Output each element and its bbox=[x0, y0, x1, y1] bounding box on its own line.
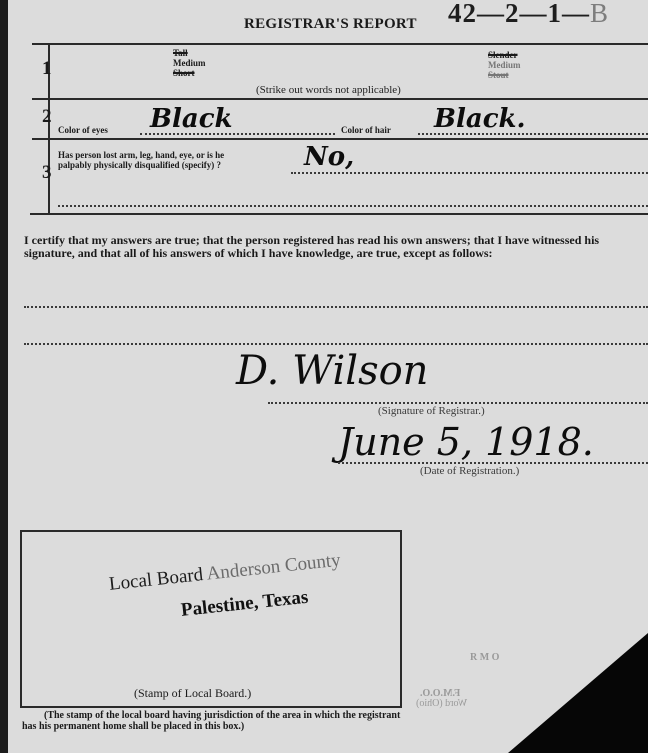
row-number-3: 3 bbox=[42, 162, 52, 184]
row2-top-rule bbox=[32, 98, 648, 100]
disability-question: Has person lost arm, leg, hand, eye, or … bbox=[58, 150, 224, 170]
signature-caption: (Signature of Registrar.) bbox=[378, 405, 485, 417]
build-option-stout: Stout bbox=[488, 70, 521, 80]
height-option-short: Short bbox=[173, 68, 206, 78]
row1-top-rule bbox=[32, 43, 648, 45]
registrar-signature: D. Wilson bbox=[236, 348, 428, 394]
scan-left-edge bbox=[0, 0, 8, 753]
height-option-tall: Tall bbox=[173, 48, 206, 58]
disability-field-line bbox=[291, 172, 648, 174]
registration-date: June 5, 1918. bbox=[338, 420, 594, 464]
hair-value: Black. bbox=[434, 104, 526, 134]
exceptions-line-1 bbox=[24, 306, 648, 308]
stamp-caption: (Stamp of Local Board.) bbox=[134, 686, 251, 701]
serial-number-dark: 42—2—1— bbox=[448, 0, 590, 28]
build-option-medium: Medium bbox=[488, 60, 521, 70]
registration-card: REGISTRAR'S REPORT 42—2—1—B 1 Tall Mediu… bbox=[8, 0, 648, 753]
row-number-1: 1 bbox=[42, 58, 52, 80]
serial-number: 42—2—1—B bbox=[448, 0, 609, 29]
disability-field-line-2 bbox=[58, 205, 648, 207]
certification-text: I certify that my answers are true; that… bbox=[24, 234, 648, 260]
disability-question-line2: palpably physically disqualified (specif… bbox=[58, 160, 224, 170]
signature-line bbox=[268, 402, 648, 404]
row3-top-rule bbox=[32, 138, 648, 140]
hair-label: Color of hair bbox=[341, 125, 391, 135]
clipped-corner bbox=[508, 633, 648, 753]
eyes-value: Black bbox=[150, 104, 233, 134]
height-options: Tall Medium Short bbox=[173, 48, 206, 78]
serial-number-faint: B bbox=[590, 0, 609, 28]
page-title: REGISTRAR'S REPORT bbox=[244, 16, 417, 33]
bleed-through-1: R M O bbox=[470, 652, 499, 663]
local-board-stamp-box bbox=[20, 530, 402, 708]
row-number-2: 2 bbox=[42, 106, 52, 128]
bleed-through-3: Word (Ohio) bbox=[416, 698, 467, 709]
table-bottom-rule bbox=[30, 213, 648, 215]
date-line bbox=[338, 462, 648, 464]
build-options: Slender Medium Stout bbox=[488, 50, 521, 80]
eyes-label: Color of eyes bbox=[58, 125, 108, 135]
exceptions-line-2 bbox=[24, 343, 648, 345]
disability-answer: No, bbox=[304, 142, 354, 172]
disability-question-line1: Has person lost arm, leg, hand, eye, or … bbox=[58, 150, 224, 160]
stamp-instruction-note: (The stamp of the local board having jur… bbox=[22, 710, 408, 732]
build-option-slender: Slender bbox=[488, 50, 521, 60]
height-option-medium: Medium bbox=[173, 58, 206, 68]
strike-out-instruction: (Strike out words not applicable) bbox=[256, 84, 401, 96]
date-caption: (Date of Registration.) bbox=[420, 465, 519, 477]
